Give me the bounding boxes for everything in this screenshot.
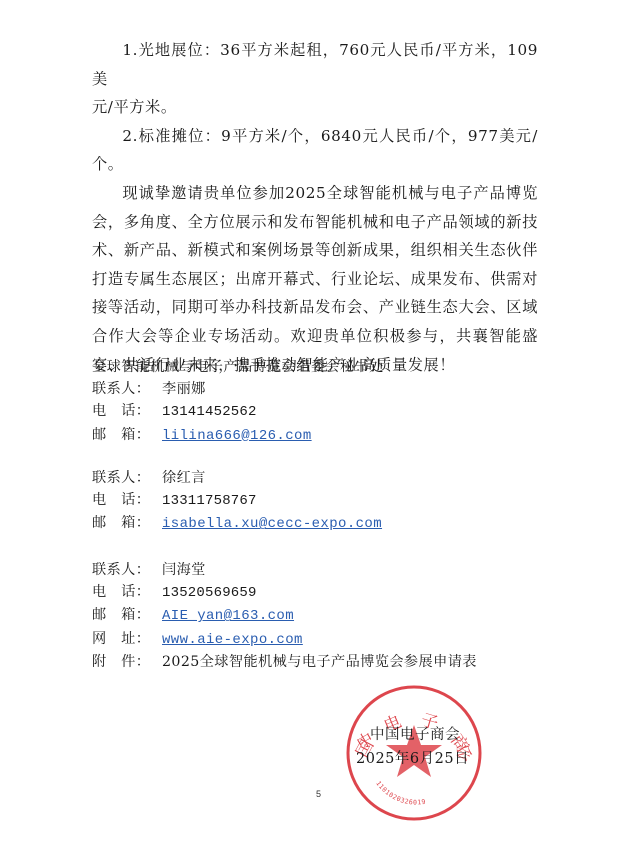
document-page: 1.光地展位：36平方米起租，760元人民币/平方米，109美 元/平方米。 2… <box>0 0 623 841</box>
phone-row: 电 话：13311758767 <box>92 489 552 512</box>
phone-row: 电 话：13520569659 <box>92 581 552 604</box>
contact-block-1: 全球智能机械与电子产品博览会组委会秘书处 联系人：李丽娜 电 话：1314145… <box>92 356 552 447</box>
email-label: 邮 箱： <box>92 512 162 534</box>
contact-block-3: 联系人：闫海堂 电 话：13520569659 邮 箱：AIE_yan@163.… <box>92 559 552 673</box>
attachment-label: 附 件： <box>92 651 162 673</box>
contact-name-row: 联系人：李丽娜 <box>92 378 552 400</box>
contact-name-row: 联系人：徐红言 <box>92 467 552 489</box>
contact-name: 徐红言 <box>162 470 206 486</box>
invitation-paragraph: 现诚挚邀请贵单位参加2025全球智能机械与电子产品博览会，多角度、全方位展示和发… <box>92 179 538 379</box>
phone-row: 电 话：13141452562 <box>92 400 552 423</box>
pricing-item-1: 1.光地展位：36平方米起租，760元人民币/平方米，109美 <box>92 36 538 93</box>
contact-label: 联系人： <box>92 559 162 581</box>
phone-label: 电 话： <box>92 489 162 511</box>
email-row: 邮 箱：AIE_yan@163.com <box>92 604 552 627</box>
phone-label: 电 话： <box>92 400 162 422</box>
signature-organization: 中国电子商会 <box>370 723 460 744</box>
phone-number: 13520569659 <box>162 585 257 601</box>
contact-name: 闫海堂 <box>162 562 206 578</box>
page-number: 5 <box>316 789 321 799</box>
contact-label: 联系人： <box>92 467 162 489</box>
phone-label: 电 话： <box>92 581 162 603</box>
email-label: 邮 箱： <box>92 604 162 626</box>
email-row: 邮 箱：isabella.xu@cecc-expo.com <box>92 512 552 535</box>
contact-name: 李丽娜 <box>162 381 206 397</box>
pricing-item-1-continuation: 元/平方米。 <box>92 93 538 122</box>
website-link[interactable]: www.aie-expo.com <box>162 632 303 648</box>
pricing-item-1-line1: 1.光地展位：36平方米起租，760元人民币/平方米，109美 <box>92 41 538 88</box>
email-row: 邮 箱：lilina666@126.com <box>92 424 552 447</box>
contact-block-2: 联系人：徐红言 电 话：13311758767 邮 箱：isabella.xu@… <box>92 467 552 536</box>
phone-number: 13141452562 <box>162 404 257 420</box>
signature-date: 2025年6月25日 <box>356 747 469 768</box>
contact-name-row: 联系人：闫海堂 <box>92 559 552 581</box>
email-link[interactable]: isabella.xu@cecc-expo.com <box>162 516 382 532</box>
email-link[interactable]: AIE_yan@163.com <box>162 608 294 624</box>
secretariat-name: 全球智能机械与电子产品博览会组委会秘书处 <box>92 356 552 378</box>
attachment-name: 2025全球智能机械与电子产品博览会参展申请表 <box>162 654 477 670</box>
phone-number: 13311758767 <box>162 493 257 509</box>
email-link[interactable]: lilina666@126.com <box>162 428 312 444</box>
website-row: 网 址：www.aie-expo.com <box>92 628 552 651</box>
svg-text:1101020326019: 1101020326019 <box>374 779 426 806</box>
contact-label: 联系人： <box>92 378 162 400</box>
pricing-item-2: 2.标准摊位：9平方米/个，6840元人民币/个，977美元/个。 <box>92 122 538 179</box>
website-label: 网 址： <box>92 628 162 650</box>
email-label: 邮 箱： <box>92 424 162 446</box>
attachment-row: 附 件：2025全球智能机械与电子产品博览会参展申请表 <box>92 651 552 673</box>
letter-body: 1.光地展位：36平方米起租，760元人民币/平方米，109美 元/平方米。 2… <box>92 36 538 379</box>
